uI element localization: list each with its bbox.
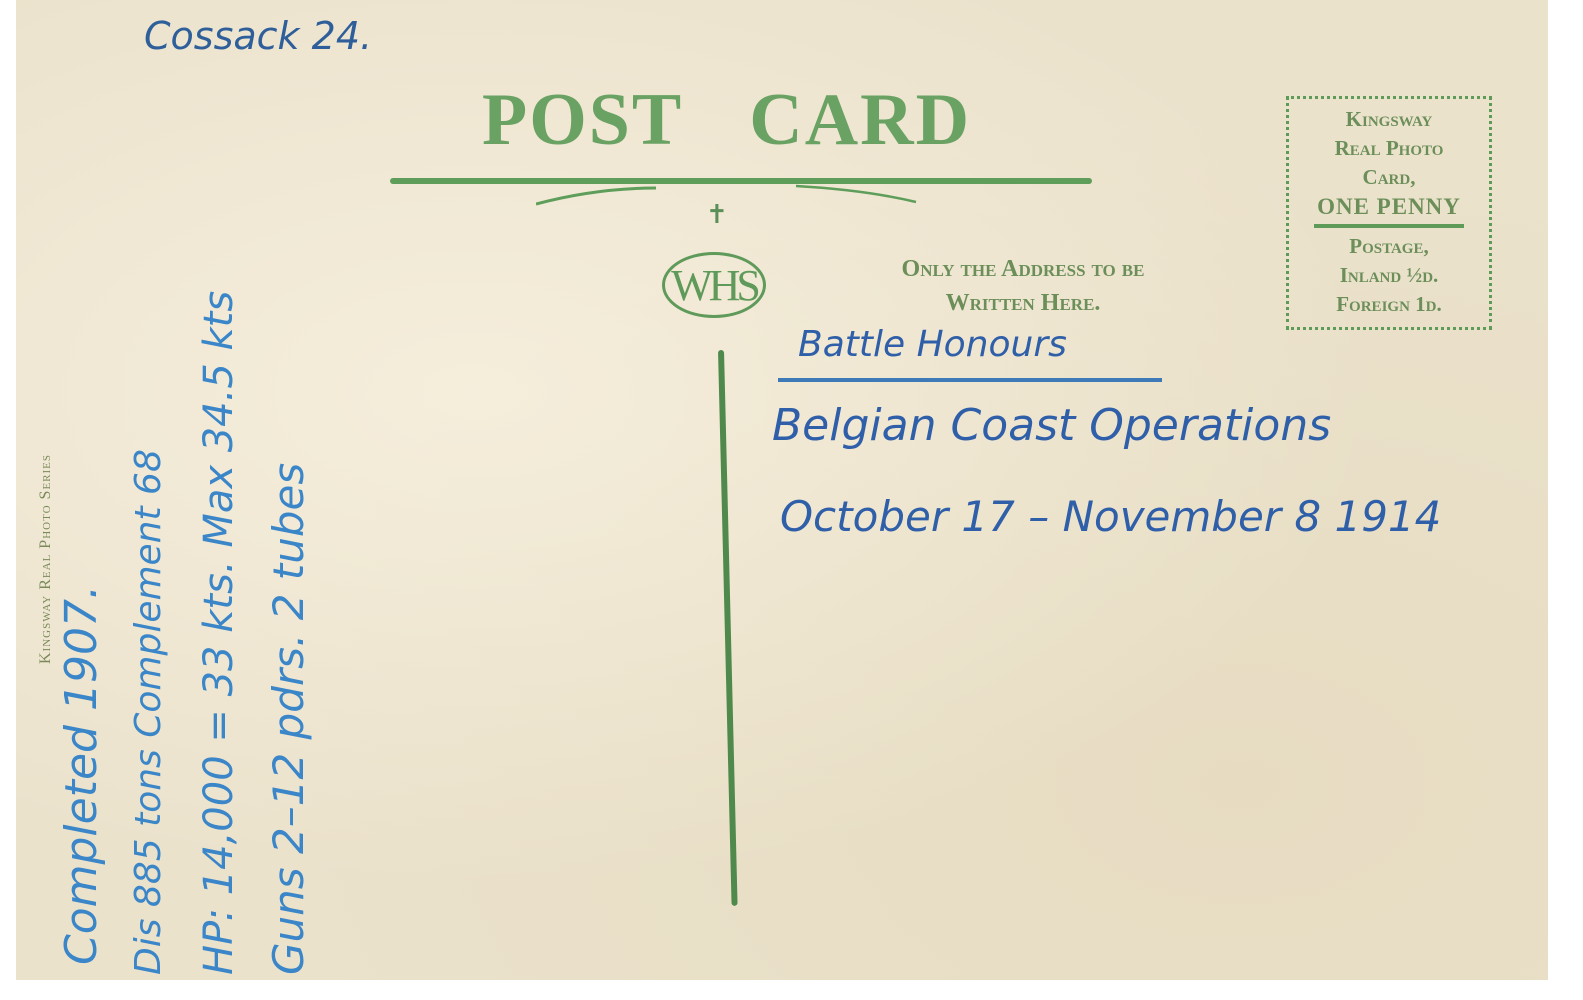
center-divider-line <box>718 350 738 906</box>
title-card: CARD <box>749 79 971 161</box>
stamp-postage-2: Inland ½d. <box>1289 261 1489 290</box>
postcard: Cossack 24. POSTCARD ✝ WHS Only the Addr… <box>16 0 1548 980</box>
vertical-note-4: Guns 2–12 pdrs. 2 tubes <box>264 463 313 975</box>
stamp-postage-3: Foreign 1d. <box>1289 290 1489 319</box>
whs-monogram-logo: WHS <box>662 252 766 318</box>
address-heading: Battle Honours <box>798 324 1067 365</box>
flourish-ornament <box>536 184 926 210</box>
address-instruction-line-2: Written Here. <box>828 286 1218 320</box>
stamp-line-3: Card, <box>1289 163 1489 192</box>
address-instruction-line-1: Only the Address to be <box>828 252 1218 286</box>
address-instruction: Only the Address to be Written Here. <box>828 252 1218 320</box>
handwritten-ship-name: Cossack 24. <box>144 14 372 58</box>
postcard-title: POSTCARD <box>482 78 971 163</box>
stamp-line-2: Real Photo <box>1289 134 1489 163</box>
address-heading-underline <box>778 378 1162 382</box>
address-line-2: October 17 – November 8 1914 <box>780 492 1441 541</box>
stamp-postage-1: Postage, <box>1289 232 1489 261</box>
publisher-series-label: Kingsway Real Photo Series <box>37 409 55 709</box>
vertical-note-2: Dis 885 tons Complement 68 <box>128 449 169 975</box>
vertical-note-1: Completed 1907. <box>56 585 107 965</box>
stamp-rule <box>1314 224 1464 228</box>
stamp-line-1: Kingsway <box>1289 105 1489 134</box>
address-line-1: Belgian Coast Operations <box>772 400 1331 451</box>
stamp-box: Kingsway Real Photo Card, ONE PENNY Post… <box>1286 96 1492 330</box>
cross-icon: ✝ <box>706 200 728 230</box>
vertical-note-3: HP: 14,000 = 33 kts. Max 34.5 kts <box>196 291 242 975</box>
stamp-price: ONE PENNY <box>1289 192 1489 222</box>
title-post: POST <box>482 79 683 161</box>
